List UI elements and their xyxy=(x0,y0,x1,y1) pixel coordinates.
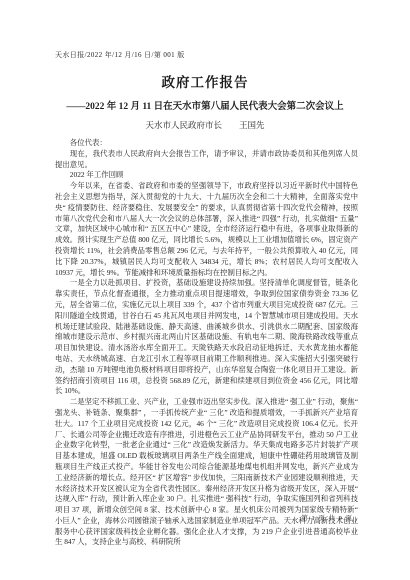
body-paragraph: 今年以来，在省委、省政府和市委的坚强领导下，市政府坚持以习近平新时代中国特色社会… xyxy=(55,181,358,278)
masthead: 天水日报/2022 年/12 月/16 日/第 001 版 xyxy=(55,50,185,60)
report-body: 各位代表：现在，我代表市人民政府向大会报告工作，请予审议，并请市政协委员和其他列… xyxy=(55,138,358,548)
page-title: 政府工作报告 xyxy=(0,71,410,91)
body-paragraph: 二是坚定不移抓工业、兴产业，工业强市迈出坚实步伐。深入推进“ 强工业” 行动，聚… xyxy=(55,397,358,548)
body-paragraph: 各位代表： xyxy=(55,138,358,149)
document-page: 天水日报/2022 年/12 月/16 日/第 001 版 政府工作报告 ——2… xyxy=(0,0,410,580)
report-subtitle: ——2022 年 12 月 11 日在天水市第八届人民代表大会第二次会议上 xyxy=(0,98,410,112)
byline: 天水市人民政府市长 王国先 xyxy=(0,119,410,131)
body-paragraph: 现在，我代表市人民政府向大会报告工作，请予审议，并请市政协委员和其他列席人员提出… xyxy=(55,149,358,171)
body-paragraph: 2022 年工作回顾 xyxy=(55,170,358,181)
page-number: 第 1 页 共 9 页 xyxy=(301,513,353,522)
body-paragraph: 一是全力以赴抓项目、扩投资，基础设施建设持续加强。坚持清单化调度督管，链条化靠实… xyxy=(55,278,358,397)
